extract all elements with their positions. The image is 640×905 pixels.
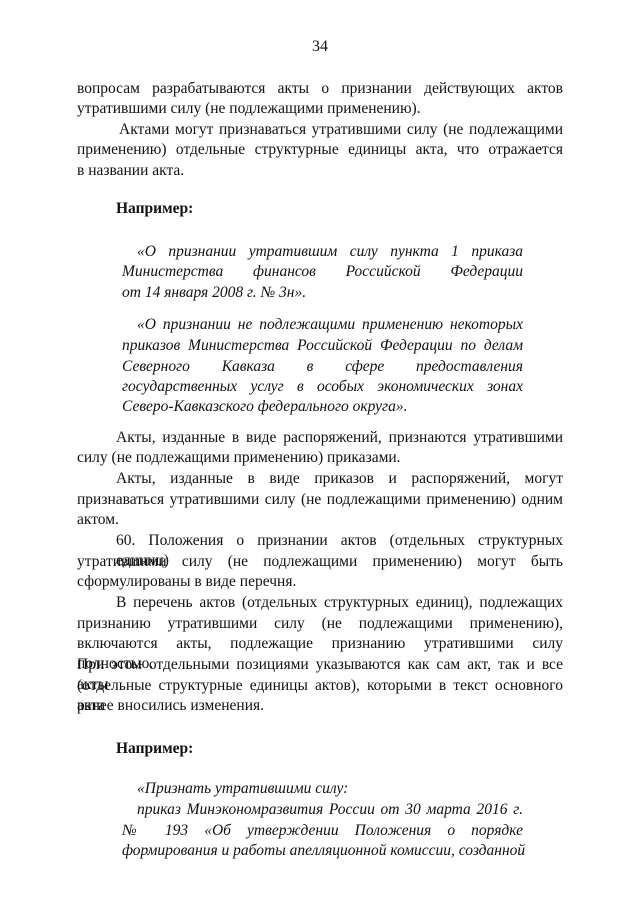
paragraph-line: признаваться утратившими силу (не подлеж… bbox=[77, 490, 563, 510]
paragraph-line: Акты, изданные в виде приказов и распоря… bbox=[116, 469, 563, 489]
paragraph-line: В перечень актов (отдельных структурных … bbox=[116, 593, 563, 613]
example-heading: Например: bbox=[116, 739, 193, 759]
quote-line: Северо-Кавказского федерального округа». bbox=[122, 397, 407, 417]
paragraph-line: силу (не подлежащими применению) приказа… bbox=[77, 448, 401, 468]
paragraph-line: Актами могут признаваться утратившими си… bbox=[119, 120, 563, 140]
quote-line: Министерства финансов Российской Федерац… bbox=[122, 262, 523, 282]
paragraph-line: признанию утратившими силу (не подлежащи… bbox=[77, 614, 563, 634]
quote-line: приказ Минэкономразвития России от 30 ма… bbox=[137, 800, 523, 820]
paragraph-line: утратившими силу (не подлежащими примене… bbox=[77, 99, 421, 119]
paragraph-line: актом. bbox=[77, 510, 119, 530]
page-number: 34 bbox=[0, 38, 640, 56]
quote-line: «О признании не подлежащими применению н… bbox=[137, 315, 523, 335]
paragraph-line: в названии акта. bbox=[77, 161, 184, 181]
quote-line: государственных услуг в особых экономиче… bbox=[122, 377, 523, 397]
document-page: 34 вопросам разрабатываются акты о призн… bbox=[0, 0, 640, 905]
quote-line: «О признании утратившим силу пункта 1 пр… bbox=[137, 242, 523, 262]
example-heading: Например: bbox=[116, 199, 193, 219]
quote-line: формирования и работы апелляционной коми… bbox=[122, 841, 525, 861]
quote-line: Северного Кавказа в сфере предоставления bbox=[122, 357, 523, 377]
paragraph-line: Акты, изданные в виде распоряжений, приз… bbox=[116, 428, 563, 448]
quote-line: от 14 января 2008 г. № 3н». bbox=[122, 283, 306, 303]
paragraph-line: утратившими силу (не подлежащими примене… bbox=[77, 552, 563, 572]
paragraph-line: ранее вносились изменения. bbox=[77, 696, 264, 716]
paragraph-line: сформулированы в виде перечня. bbox=[77, 572, 296, 592]
quote-line: № 193 «Об утверждении Положения о порядк… bbox=[122, 821, 523, 841]
quote-line: «Признать утратившими силу: bbox=[137, 779, 348, 799]
paragraph-line: вопросам разрабатываются акты о признани… bbox=[77, 79, 563, 99]
quote-line: приказов Министерства Российской Федерац… bbox=[122, 336, 523, 356]
paragraph-line: применению) отдельные структурные единиц… bbox=[77, 140, 563, 160]
